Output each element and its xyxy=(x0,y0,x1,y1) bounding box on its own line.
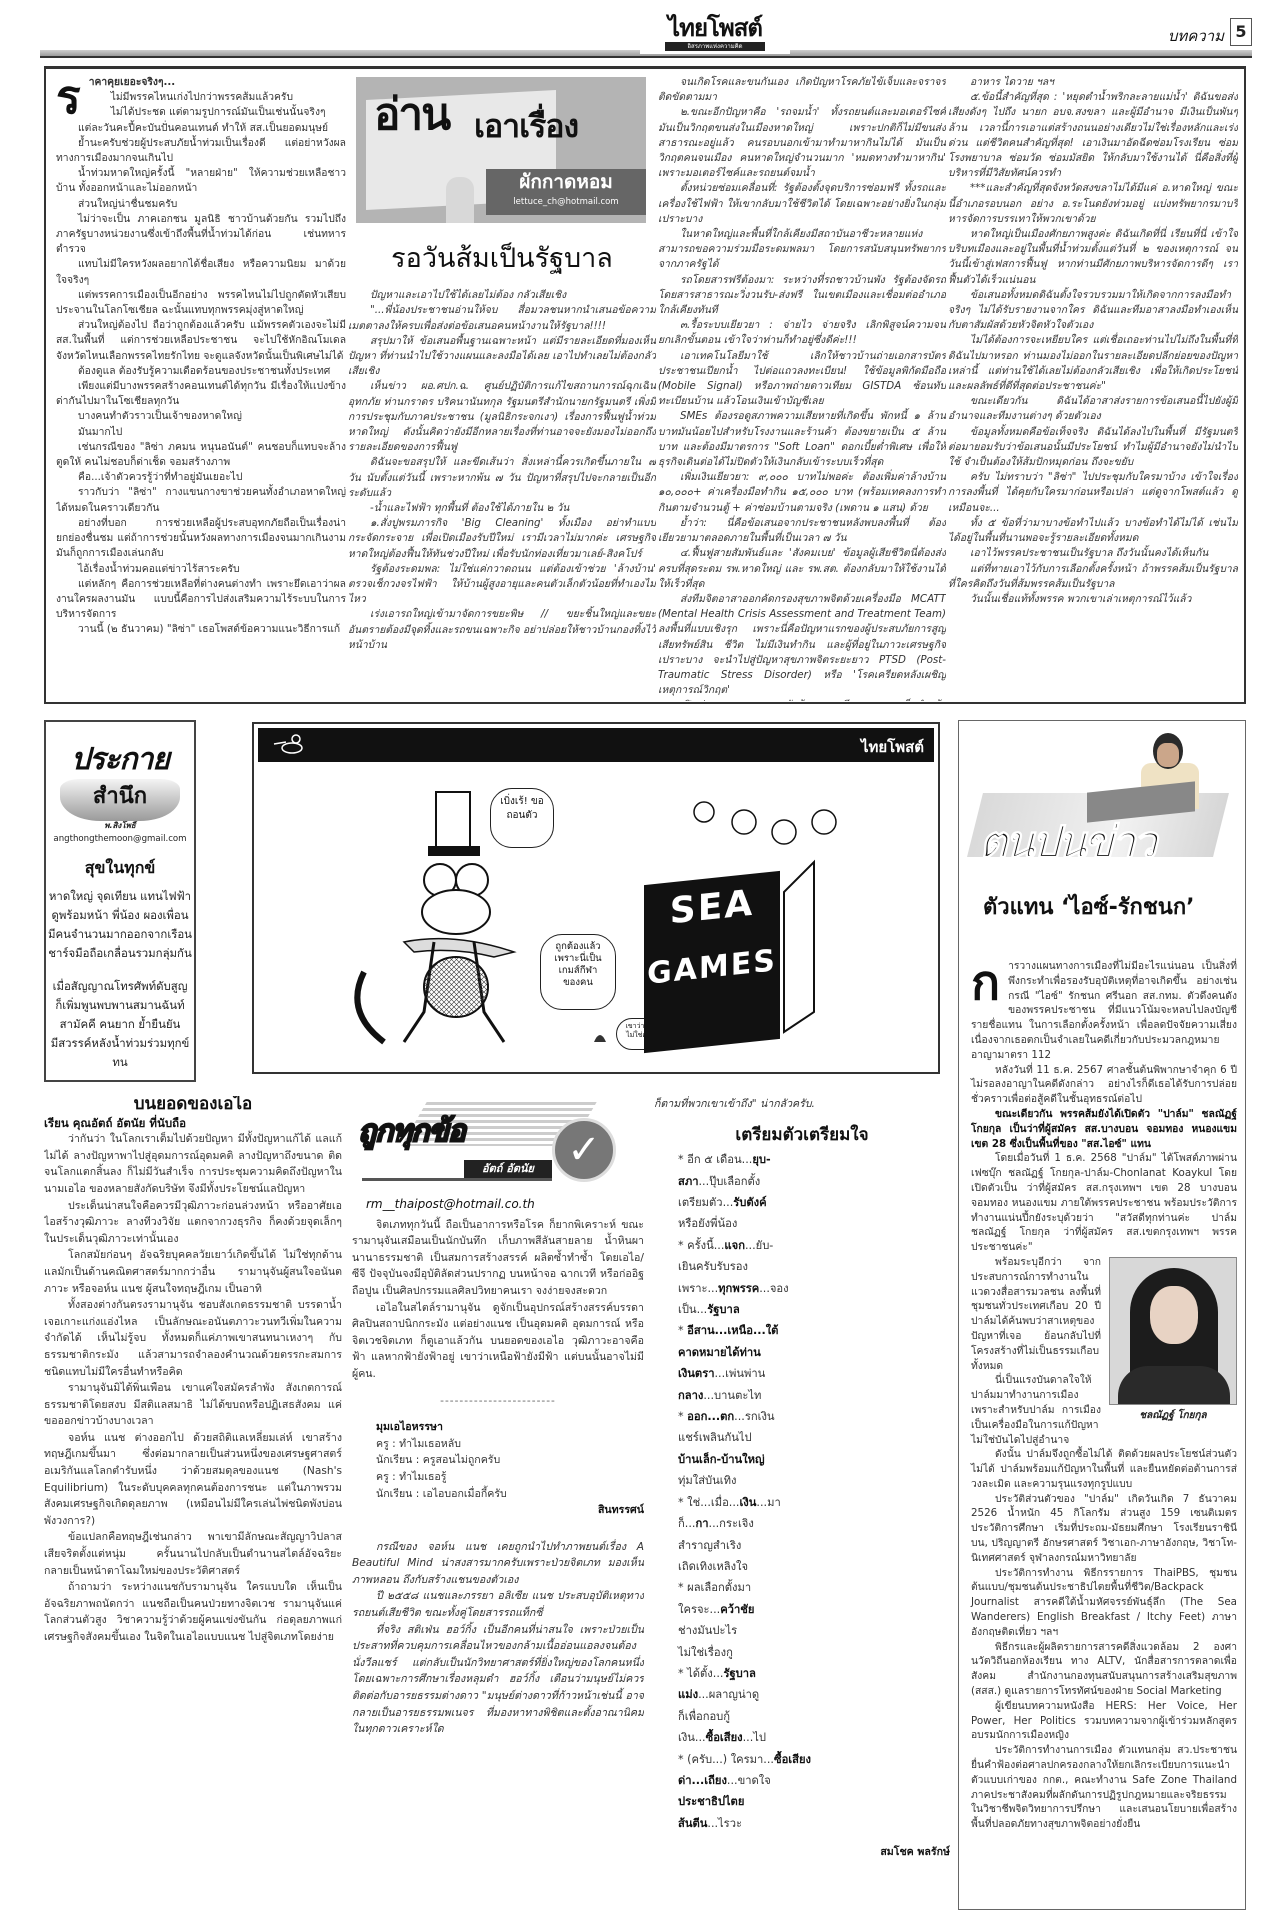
paragraph: ๕.ข้อนี้สำคัญที่สุด : 'หยุดตำน้ำพริกละลา… xyxy=(948,90,1238,181)
poem-title: สุขในทุกข์ xyxy=(46,856,194,881)
masthead: ไทยโพสต์ อิสรภาพแห่งความคิด บทความ 5 xyxy=(40,14,1252,60)
underline xyxy=(362,1178,552,1181)
paragraph: ๒.ขณะอีกปัญหาคือ 'รถจมน้ำ' ทั้งรถยนต์และ… xyxy=(658,105,946,181)
joke-line: ครู : ทำไมเธอรู้ xyxy=(376,1469,644,1486)
cartoon-header-bar: ไทยโพสต์ xyxy=(258,728,934,762)
poem-line: ก็เพิ่มพูนพบพานสมานฉันท์ xyxy=(46,996,194,1015)
reader-face xyxy=(1157,743,1179,767)
banner-word: ถูกทุกข้อ xyxy=(358,1124,465,1141)
joke-line: นักเรียน : ครูสอนไม่ถูกครับ xyxy=(376,1452,644,1469)
logo-text: ไทยโพสต์ xyxy=(640,14,790,42)
poem-signature: สมโชค พลรักษ์ xyxy=(654,1844,950,1861)
joke-line: นักเรียน : เอไอบอกเมื่อกี้ครับ xyxy=(376,1486,644,1503)
poem-line: กลาง...บานตะไท xyxy=(678,1385,950,1406)
paragraph: อาหาร ไดวาย ฯลฯ xyxy=(948,75,1238,90)
paragraph: หลังวันที่ 11 ธ.ค. 2567 ศาลชั้นต้นพิพากษ… xyxy=(971,1063,1237,1107)
poem-line: ก็...กา...กระเจิง xyxy=(678,1513,950,1534)
poem-line: เยินครับรับรอง xyxy=(678,1256,950,1277)
column-d: อาหาร ไดวาย ฯลฯ๕.ข้อนี้สำคัญที่สุด : 'หย… xyxy=(948,75,1238,701)
sea-games-sign: SEA GAMES xyxy=(644,871,780,1053)
paragraph: ตั้งหน่วยซ่อมเคลื่อนที่: รัฐต้องตั้งจุดบ… xyxy=(658,181,946,227)
poem-line: สำราญสำเริง xyxy=(678,1535,950,1556)
tonpon-header-art: ตนปนข่าว xyxy=(959,721,1247,871)
poem-line: ส้นตีน...ไรวะ xyxy=(678,1813,950,1834)
photo-shirt xyxy=(1118,1366,1230,1405)
paragraph: เพิ่มเงินเยียวยา: ๙,๐๐๐ บาทไม่พอค่ะ ต้อง… xyxy=(658,470,946,516)
poem-line: * ออก...ตก...รกเงิน xyxy=(678,1406,950,1427)
paragraph: เอาไว้พรรคประชาชนเป็นรัฐบาล ถึงวันนั้นคง… xyxy=(948,546,1238,561)
paragraphs: จนเกิดโรคและขนกันเอง เกิดปัญหาโรคภัยไข้เ… xyxy=(658,75,946,701)
paragraph: น้ำท่วมหาดใหญ่ครั้งนี้ "หลายฝ่าย" ให้ควา… xyxy=(56,166,346,196)
poem-line: เถิดเทิงเหลิงใจ xyxy=(678,1556,950,1577)
paragraph: ครับ ไม่ทราบว่า "ลิซ่า" ไปประชุมกับใครมา… xyxy=(948,470,1238,516)
paragraph: จนเกิดโรคและขนกันเอง เกิดปัญหาโรคภัยไข้เ… xyxy=(658,75,946,105)
top-article-box: ร าคาคุยเยอะจริงๆ... ไม่มีพรรคไหนเก่งไปก… xyxy=(44,66,1246,704)
cartoon-figure-icon xyxy=(344,782,864,1060)
paragraph: ย้ำนะครับช่วยผู้ประสบภัยน้ำท่วมเป็นเรื่อ… xyxy=(56,136,346,166)
paragraph: โลกสมัยก่อนๆ อัจฉริยบุคคลวัยเยาว์เกิดขึ้… xyxy=(44,1247,342,1297)
poem-body: หาดใหญ่ จุดเทียน แทนไฟฟ้าดูพร้อมหน้า พี่… xyxy=(46,887,194,1072)
paragraph: ดิฉันจะขอสรุปให้ และขีดเส้นว่า สิ่งเหล่า… xyxy=(348,455,656,501)
paragraph: ไม่ได้ต้องการจะเหยียบใคร แต่เชื่อเถอะท่า… xyxy=(948,333,1238,394)
paragraph: จิตเภททุกวันนี้ ถือเป็นอาการหรือโรค ก็ยา… xyxy=(352,1217,644,1300)
photo-caption: ชลณัฏฐ์ โกยกุล xyxy=(1109,1409,1237,1424)
poem-line: มีสวรรค์หลังน้ำท่วมร่วมทุกข์ทน xyxy=(46,1034,194,1072)
tonpon-column-box: ตนปนข่าว ตัวแทน ‘ไอซ์-รักชนก’ ก ารวางแผน… xyxy=(958,720,1246,1910)
poem-line: * ครั้งนี้...แจก...ยับ- xyxy=(678,1235,950,1256)
paragraph: ประวัติการทำงานการเมือง ตัวแทนกลุ่ม สว.ป… xyxy=(971,1743,1237,1832)
paragraph: ข้อแปลกคือทฤษฎีเช่นกล่าว พาเขามีลักษณะสั… xyxy=(44,1529,342,1579)
poem-line: * ผลเลือกตั้งมา xyxy=(678,1577,950,1598)
paragraph: ๑.สั่งปูพรมภารกิจ 'Big Cleaning' ทั้งเมื… xyxy=(348,516,656,562)
poem-section-script-title: ประกาย xyxy=(46,736,194,783)
paragraph: ย้ำว่า: นี่คือข้อเสนอจากประชาชนหลังพบลงพ… xyxy=(658,516,946,546)
poem-line: * ใช่...เมื่อ...เงิน...มา xyxy=(678,1492,950,1513)
paragraph: รถโดยสารฟรีต้องมา: ระหว่างที่รถชาวบ้านพั… xyxy=(658,273,946,319)
scroll-icon: สำนึก xyxy=(60,779,180,821)
page-number: 5 xyxy=(1230,18,1252,46)
paragraphs: ว่ากันว่า ในโลกเราเต็มไปด้วยปัญหา มีทั้ง… xyxy=(44,1131,342,1645)
paragraphs: จิตเภททุกวันนี้ ถือเป็นอาการหรือโรค ก็ยา… xyxy=(352,1217,644,1383)
paragraph: เห็นข่าว ผอ.ศปก.ฉ. ศูนย์ปฏิบัติการแก้ไขส… xyxy=(348,379,656,455)
paragraph: โดยเมื่อวันที่ 1 ธ.ค. 2568 "ปาล์ม" ได้โพ… xyxy=(971,1151,1237,1255)
paragraph: ในหาดใหญ่และพื้นที่ใกล้เคียงมีสถาบันอาชี… xyxy=(658,227,946,273)
hand-graphic xyxy=(446,177,474,223)
paragraph: ***และสำคัญที่สุดจังหวัดสงขลาไม่ได้มีแค่… xyxy=(948,181,1238,227)
paragraph: ขณะเดียวกัน ดิฉันได้อาสาส่งรายการข้อเสนอ… xyxy=(948,394,1238,424)
poem-title: เตรียมตัวเตรียมใจ xyxy=(654,1127,950,1144)
paragraph: วานนี้ (๒ ธันวาคม) "ลิซ่า" เธอโพสต์ข้อคว… xyxy=(56,622,346,637)
poem-column: ก็ตามที่พวกเขาเข้าถึง" น่ากลัวครับ. เตรี… xyxy=(654,1096,950,1916)
paragraph: -น้ำและไฟฟ้า ทุกพื้นที่ ต้องใช้ได้ภายใน … xyxy=(348,501,656,516)
paragraph: ต้องดูแล ต้องรับรู้ความเดือดร้อนของประชา… xyxy=(56,364,346,379)
poem-email[interactable]: angthongthemoon@gmail.com xyxy=(46,834,194,844)
paragraph: คือ...เจ้าตัวควรรู้ว่าที่ทำอยู่มันเยอะไป xyxy=(56,470,346,485)
poem-line: ใครจะ...คว้าชัย xyxy=(678,1599,950,1620)
column-banner-aun-ao-rueang: อ่าน เอาเรื่อง ผักกาดหอม lettuce_ch@hotm… xyxy=(356,77,646,223)
newspaper-logo: ไทยโพสต์ อิสรภาพแห่งความคิด xyxy=(640,14,790,54)
paragraph: อย่างที่บอก การช่วยเหลือผู้ประสบอุทกภัยถ… xyxy=(56,516,346,562)
poem-line: เพราะ...ทุกพรรค...จอง xyxy=(678,1278,950,1299)
paragraph: บางคนทำตัวราวเป็นเจ้าของหาดใหญ่ xyxy=(56,409,346,424)
paragraph: รามานุจันมิได้พิ่นเพือน เขาแค่ใจสมัครลำพ… xyxy=(44,1380,342,1430)
tonpon-logo: ตนปนข่าว xyxy=(979,807,1154,877)
poem-line: เมื่อสัญญาณโทรศัพท์ดับสูญ xyxy=(46,977,194,996)
paragraph: พิธีกรและผู้ผลิตรายการสารคดีสิ่งแวดล้อม … xyxy=(971,1640,1237,1699)
paragraph: แต่ที่ทายเอาไว้กับการเลือกตั้งครั้งหน้า … xyxy=(948,562,1238,592)
paragraph: ไม่ได้ประชด แต่ตามรูปการณ์มันเป็นเช่นนั้… xyxy=(56,105,346,120)
paragraph: หาดใหญ่เป็นเมืองศักยภาพสูงค่ะ ดิฉันเกิดท… xyxy=(948,227,1238,288)
poem-lines: * อีก ๕ เดือน...ยุบ-สภา...ปุ๊บเลือกตั้งเ… xyxy=(678,1149,950,1834)
poem-line: เตรียมตัว...รับตังค์ xyxy=(678,1192,950,1213)
paragraph: ๔.ฟื้นฟูสายสัมพันธ์และ 'สังคมเบย' ข้อมูล… xyxy=(658,546,946,592)
candidate-photo: ชลณัฏฐ์ โกยกุล xyxy=(1109,1257,1237,1425)
photo-frame xyxy=(1109,1257,1237,1405)
paragraphs: อาหาร ไดวาย ฯลฯ๕.ข้อนี้สำคัญที่สุด : 'หย… xyxy=(948,75,1238,607)
poem-line: คาดหมายได้ท่าน xyxy=(678,1342,950,1363)
paragraph: ส่วนใหญ่ต้องไป ถือว่าถูกต้องแล้วครับ แม้… xyxy=(56,318,346,364)
paragraph: เอไอในสไตล์รามานุจัน ดูจักเป็นอุปกรณ์สร้… xyxy=(352,1300,644,1383)
paragraph: ปัญหาและเอาไปใช้ได้เลยไม่ต้อง กลัวเสียเช… xyxy=(348,288,656,303)
poem-line: ชาร์จมือถือเกลื่อนรวมกลุ่มกัน xyxy=(46,944,194,963)
paragraph: ที่จริง สติเฟ่น ฮอว์กิ้ง เป็นอีกคนที่น่า… xyxy=(352,1622,644,1738)
author-tag: ผักกาดหอม lettuce_ch@hotmail.com xyxy=(486,169,646,215)
poem-box: ประกาย สำนึก พ.สิงโพธิ์ angthongthemoon@… xyxy=(44,720,196,1082)
cartoon-brand: ไทยโพสต์ xyxy=(861,735,924,759)
paragraph: แต่หลักๆ คือการช่วยเหลือที่ต่างคนต่างทำ … xyxy=(56,577,346,623)
column-banner-thuk-thuk-kho: ถูกทุกข้อ อัตถ์ อัตนัย ✓ xyxy=(354,1096,644,1196)
column-a: ร าคาคุยเยอะจริงๆ... ไม่มีพรรคไหนเก่งไปก… xyxy=(56,75,346,701)
poem-stanza: หาดใหญ่ จุดเทียน แทนไฟฟ้าดูพร้อมหน้า พี่… xyxy=(46,887,194,963)
joke-title: มุมเอไอหรรษา xyxy=(376,1419,644,1436)
paragraph: แทบไม่มีใครหวังผลอยากได้ชื่อเสียง หรือคว… xyxy=(56,257,346,287)
paragraph: วันนั้นเชื่อแท้ทั้งพรรค พวกเขาเล่าเหตุกา… xyxy=(948,592,1238,607)
divider: ------------------------ xyxy=(352,1393,644,1410)
poem-line: * อีก ๕ เดือน...ยุบ- xyxy=(678,1149,950,1170)
salutation: เรียน คุณอัตถ์ อัตนัย ที่นับถือ xyxy=(44,1115,342,1132)
poem-line: ประชาธิปไตย xyxy=(678,1791,950,1812)
checkmark-icon: ✓ xyxy=(552,1118,616,1182)
editorial-cartoon: ไทยโพสต์ เบิ่งเร้! ขอถอนตัว xyxy=(252,722,940,1074)
poem-line: สภา...ปุ๊บเลือกตั้ง xyxy=(678,1171,950,1192)
cartoonist-mascot-icon xyxy=(272,732,308,756)
poem-line: ดูพร้อมหน้า พี่น้อง ผองเพื่อน xyxy=(46,906,194,925)
poem-line: ช่างมันปะไร xyxy=(678,1620,950,1641)
banner-author: อัตถ์ อัตนัย xyxy=(464,1160,552,1178)
paragraph: จอห์น แนช ต่างออกไป ด้วยสถิติแลเหลี่ยมเล… xyxy=(44,1430,342,1530)
poem-line: * ได้ตั้ง...รัฐบาล xyxy=(678,1663,950,1684)
sign-line-2: GAMES xyxy=(644,931,780,1005)
article-headline: รอวันส้มเป็นรัฐบาล xyxy=(348,251,656,266)
poem-line: ทุ่มใส่บันเทิง xyxy=(678,1470,950,1491)
author-name: ผักกาดหอม xyxy=(486,169,646,195)
paragraph: เปิดช่องมูลความตาย: รัฐต้องลงทะเบียนและด… xyxy=(658,698,946,701)
paragraph: ดังนั้น ปาล์มจึงถูกซื้อไม่ได้ ติดด้วยผลป… xyxy=(971,1447,1237,1491)
paragraph: แต่ละวันคะปี้คะบันปั่นคอนเทนต์ ทำให้ สส.… xyxy=(56,121,346,136)
poem-stanza: เมื่อสัญญาณโทรศัพท์ดับสูญก็เพิ่มพูนพบพาน… xyxy=(46,977,194,1072)
tonpon-headline: ตัวแทน ‘ไอซ์-รักชนก’ xyxy=(983,889,1245,924)
author-email[interactable]: lettuce_ch@hotmail.com xyxy=(486,195,646,210)
poem-line: ก็เพื่อกอบกู้ xyxy=(678,1706,950,1727)
paragraph: เช่นกรณีของ "ลิซ่า ภคมน หนุนอนันต์" คนชอ… xyxy=(56,440,346,470)
poem-section-title: สำนึก xyxy=(93,784,147,809)
joke-line: ครู : ทำไมเธอหลับ xyxy=(376,1436,644,1453)
paragraph: ไอ้เรื่องน้ำท่วมคอแต่ข่าวไร้สาระครับ xyxy=(56,562,346,577)
poem-line: สามัคคี คนยาก ย้ำยืนยัน xyxy=(46,1015,194,1034)
logo-tagline: อิสรภาพแห่งความคิด xyxy=(665,42,765,51)
paragraph: ๓.รื้อระบบเยียวยา : จ่ายไว จ่ายจริง เลิก… xyxy=(658,318,946,348)
paragraph: มันมากไป xyxy=(56,425,346,440)
paragraph: เพียงแต่มีบางพรรคสร้างคอนเทนต์ได้ทุกวัน … xyxy=(56,379,346,409)
poem-line: แชร์เพลินกันไป xyxy=(678,1427,950,1448)
paragraph: ข้อเสนอทั้งหมดดิฉันตั้งใจรวบรวมมาให้เกิด… xyxy=(948,288,1238,334)
column-email[interactable]: rm__thaipost@hotmail.co.th xyxy=(366,1196,644,1213)
letter-title: บนยอดของเอไอ xyxy=(44,1096,342,1113)
poem-line: บ้านเล็ก-บ้านใหญ่ xyxy=(678,1449,950,1470)
banner-mid-text: เอาเรื่อง xyxy=(474,119,578,134)
paragraph: ข้อมูลทั้งหมดคือข้อเท็จจริง ดิฉันได้ลงไป… xyxy=(948,425,1238,471)
section-label: บทความ xyxy=(1168,24,1224,48)
paragraph: ปี ๒๕๕๘ แนชและภรรยา อลิเซีย แนช ประสบอุบ… xyxy=(352,1588,644,1621)
paragraph: SMEs ต้องรอดูสภาพความเสียหายที่เกิดขึ้น … xyxy=(658,409,946,470)
paragraph: ประวัติส่วนตัวของ "ปาล์ม" เกิดวันเกิด 7 … xyxy=(971,1492,1237,1566)
poem-line: * อีสาน...เหนือ...ใต้ xyxy=(678,1320,950,1341)
poem-line: เงินตรา...เพ่นพ่าน xyxy=(678,1363,950,1384)
paragraph: แต่พรรคการเมืองเป็นอีกอย่าง พรรคไหนไม่ไป… xyxy=(56,288,346,318)
cartoon-drawing: เบิ่งเร้! ขอถอนตัว ถูกต้องแล้ว เพราะนี่เ… xyxy=(344,782,864,1060)
dropcap: ร xyxy=(56,75,81,119)
poem-line: หรือยังพี่น้อง xyxy=(678,1213,950,1234)
poem-line: มีคนจำนวนมากออกจากเรือน xyxy=(46,925,194,944)
speech-bubble-bottom: ถูกต้องแล้ว เพราะนี่เป็น เกมส์กีฬา ของคน xyxy=(540,934,616,1010)
paragraphs: ปัญหาและเอาไปใช้ได้เลยไม่ต้อง กลัวเสียเช… xyxy=(348,288,656,653)
poem-line: หาดใหญ่ จุดเทียน แทนไฟฟ้า xyxy=(46,887,194,906)
column-c: จนเกิดโรคและขนกันเอง เกิดปัญหาโรคภัยไข้เ… xyxy=(658,75,946,701)
tonpon-body: ก ารวางแผนทางการเมืองที่ไม่มีอะไรแน่นอน … xyxy=(971,959,1237,1832)
poem-line: ด่า...เถียง...ขาดใจ xyxy=(678,1770,950,1791)
paragraph: ประวัติการทำงาน พิธีกรรายการ ThaiPBS, ชุ… xyxy=(971,1566,1237,1640)
paragraph: ถ้าถามว่า ระหว่างแนชกับรามานุจัน ใครแบบใ… xyxy=(44,1579,342,1645)
paragraph: ขณะเดียวกัน พรรคส้มยังได้เปิดตัว "ปาล์ม"… xyxy=(971,1107,1237,1151)
paragraph: ไม่ว่าจะเป็น ภาคเอกชน มูลนิธิ ชาวบ้านด้ว… xyxy=(56,212,346,258)
poem-line: เป็น...รัฐบาล xyxy=(678,1299,950,1320)
paragraph: ประเด็นน่าสนใจคือควรมีวุฒิภาวะก่อนล่วงหน… xyxy=(44,1198,342,1248)
speech-bubble-top: เบิ่งเร้! ขอถอนตัว xyxy=(490,788,554,848)
continued-text: ก็ตามที่พวกเขาเข้าถึง" น่ากลัวครับ. xyxy=(654,1096,950,1113)
paragraph: "...พี่น้องประชาชนอ่านให้จบ สื่อมวลชนหาก… xyxy=(348,303,656,333)
dropcap: ก xyxy=(971,961,1000,1005)
paragraph: กรณีของ จอห์น แนช เคยถูกนำไปทำภาพยนต์เรื… xyxy=(352,1539,644,1589)
letter-article: บนยอดของเอไอ เรียน คุณอัตถ์ อัตนัย ที่นั… xyxy=(44,1096,342,1916)
poem-line: ไม่ใช่เรื่องกู xyxy=(678,1642,950,1663)
paragraph: เอาเทคโนโลยีมาใช้ เลิกให้ชาวบ้านถ่ายเอกส… xyxy=(658,349,946,410)
paragraph: ไม่มีพรรคไหนเก่งไปกว่าพรรคส้มแล้วครับ xyxy=(56,90,346,105)
paragraph: ราวกับว่า "ลิซ่า" กางแขนกางขาช่วยคนทั้งอ… xyxy=(56,485,346,515)
banner-big-text: อ่าน xyxy=(374,107,449,122)
column-b: อ่าน เอาเรื่อง ผักกาดหอม lettuce_ch@hotm… xyxy=(348,75,656,701)
paragraph: ทั้ง ๕ ข้อที่ว่ามาบางข้อทำไปแล้ว บางข้อท… xyxy=(948,516,1238,546)
paragraph: ทั้งสองต่างกันตรงรามานุจัน ชอบสังเกตธรรม… xyxy=(44,1297,342,1380)
poem-line: แม่ง...ผลาญน่าดู xyxy=(678,1684,950,1705)
joke-lines: ครู : ทำไมเธอหลับนักเรียน : ครูสอนไม่ถูก… xyxy=(352,1436,644,1502)
paragraph: สรุปมาให้ ข้อเสนอพื้นฐานเฉพาะหน้า แต่มีร… xyxy=(348,334,656,380)
paragraph: เร่งเอารถใหญ่เข้ามาจัดการขยะพิษ // ขยะชิ… xyxy=(348,607,656,653)
photo-face xyxy=(1150,1286,1198,1344)
paragraph: ส่วนใหญ่น่าชื่นชมครับ xyxy=(56,197,346,212)
poem-line: * (ครับ...) ใครมา...ซื้อเสียง xyxy=(678,1749,950,1770)
paragraph: ส่งทีมจิตอาสาออกคัดกรองสุขภาพจิตด้วยเครื… xyxy=(658,592,946,698)
letter-signature: สินทรรศน์ xyxy=(352,1502,644,1519)
lead-text: าคาคุยเยอะจริงๆ... xyxy=(56,75,346,90)
reply-paragraphs: กรณีของ จอห์น แนช เคยถูกนำไปทำภาพยนต์เรื… xyxy=(352,1539,644,1738)
thuk-thuk-kho-column: ถูกทุกข้อ อัตถ์ อัตนัย ✓ rm__thaipost@ho… xyxy=(352,1096,644,1916)
lead-text: ารวางแผนทางการเมืองที่ไม่มีอะไรแน่นอน เป… xyxy=(971,959,1237,1063)
paragraphs: ไม่มีพรรคไหนเก่งไปกว่าพรรคส้มแล้วครับไม่… xyxy=(56,90,346,637)
poem-line: เงิน...ซื้อเสียง...ไป xyxy=(678,1727,950,1748)
paragraph: รัฐต้องระดมพล: ไม่ใช่แค่กวาดถนน แต่ต้องเ… xyxy=(348,562,656,608)
paragraph: ผู้เขียนบทความหนังสือ HERS: Her Voice, H… xyxy=(971,1699,1237,1743)
paragraph: ว่ากันว่า ในโลกเราเต็มไปด้วยปัญหา มีทั้ง… xyxy=(44,1131,342,1197)
